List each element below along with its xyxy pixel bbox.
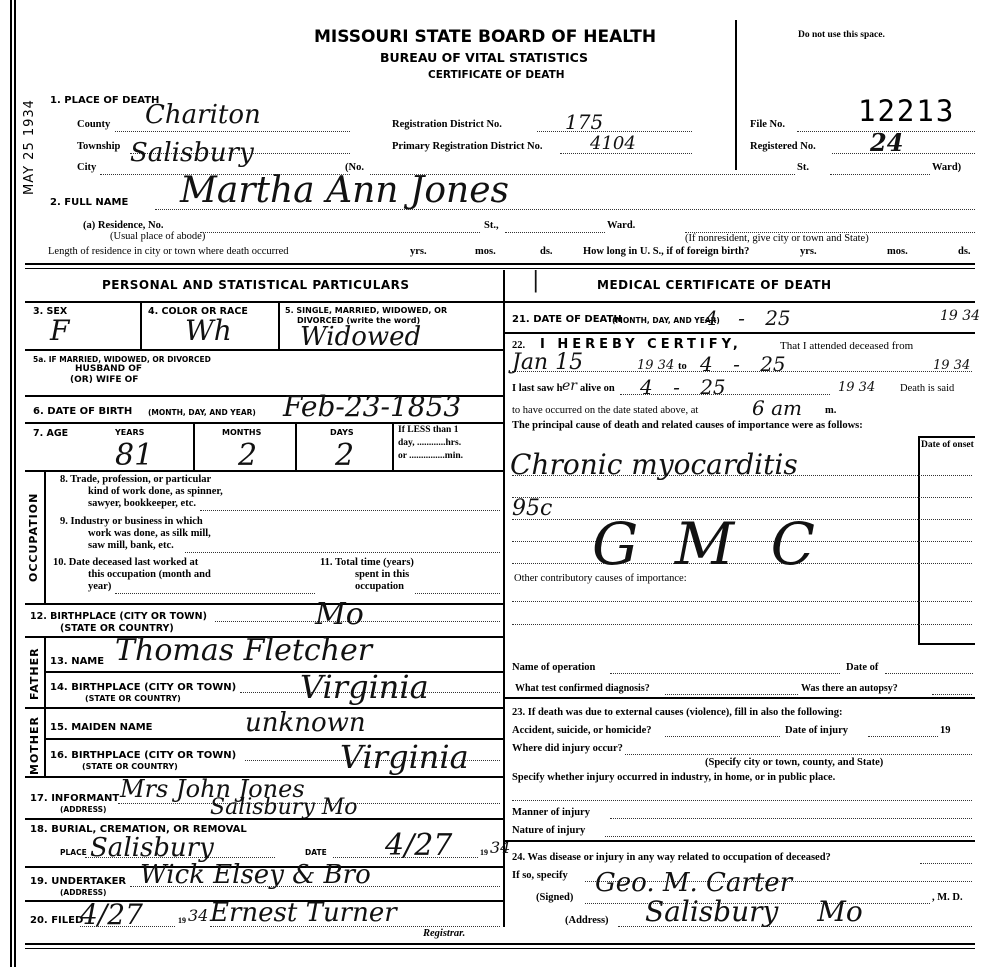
father-side-label: FATHER [28,647,41,700]
onset-box-border [918,436,920,644]
usual-place-note: (Usual place of abode) [110,231,205,242]
occupation-related-field[interactable] [920,863,972,864]
years-label: yrs. [410,246,427,257]
burial-year-prefix: 19 [480,848,488,857]
alive-on-value[interactable]: 4 - 25 [640,375,726,399]
section-divider [25,263,975,265]
operation-date-field[interactable] [885,673,973,674]
check-mark: | [532,268,539,293]
medical-heading: MEDICAL CERTIFICATE OF DEATH [597,278,832,292]
father-name-value[interactable]: Thomas Fletcher [115,633,372,668]
father-birthplace-sub: (STATE OR COUNTRY) [85,694,181,703]
full-name-value[interactable]: Martha Ann Jones [180,170,509,211]
county-value[interactable]: Chariton [145,100,261,130]
alive-on-label: alive on [580,383,615,394]
death-time-value[interactable]: 6 am [752,396,802,420]
age-years-value[interactable]: 81 [115,438,153,473]
physician-signature[interactable]: Geo. M. Carter [595,868,792,898]
operation-field[interactable] [610,673,840,674]
residence-label: (a) Residence, No. [83,220,163,231]
registration-district-label: Registration District No. [392,119,502,130]
burial-place-label: PLACE [60,848,87,857]
personal-heading: PERSONAL AND STATISTICAL PARTICULARS [102,278,410,292]
trade-question: 8. Trade, profession, or particular [60,474,211,485]
injury-date-label: Date of injury [785,725,848,736]
filed-date-value[interactable]: 4/27 [80,898,143,931]
marital-status-label: 5. SINGLE, MARRIED, WIDOWED, OR [285,306,447,315]
trade-question-line3: sawyer, bookkeeper, etc. [88,498,196,509]
cause-initials: G M C [592,510,815,578]
nature-of-injury-label: Nature of injury [512,825,585,836]
manner-of-injury-field[interactable] [610,818,972,819]
birthplace-label: 12. BIRTHPLACE (CITY OR TOWN) [30,611,207,622]
age-months-label: MONTHS [222,428,261,437]
last-worked-field[interactable] [115,593,315,594]
certify-text: That I attended deceased from [780,340,913,352]
death-time-label: to have occurred on the date stated abov… [512,405,698,416]
wife-of-label: (OR) WIFE OF [70,375,138,385]
injury-place-type-label: Specify whether injury occurred in indus… [512,772,835,783]
page-title: MISSOURI STATE BOARD OF HEALTH [314,27,656,47]
received-stamp: MAY 25 1934 [22,99,37,195]
full-name-label: 2. FULL NAME [50,197,128,208]
mother-maiden-value[interactable]: unknown [245,708,366,738]
industry-question-line2: work was done, as silk mill, [88,528,211,539]
registrar-label: Registrar. [423,928,465,939]
file-number-label: File No. [750,119,785,130]
street-label: St. [797,162,809,173]
father-name-label: 13. NAME [50,656,104,667]
place-of-death-label: 1. PLACE OF DEATH [50,95,159,106]
mother-maiden-label: 15. MAIDEN NAME [50,722,152,733]
undertaker-address-label: (ADDRESS) [60,888,106,897]
filed-year-value[interactable]: 34 [188,906,208,925]
total-time-field[interactable] [415,593,500,594]
date-of-death-label: 21. DATE OF DEATH [512,314,622,325]
bureau-subtitle: BUREAU OF VITAL STATISTICS [380,50,588,65]
age-months-value[interactable]: 2 [238,438,257,473]
registered-number-value[interactable]: 24 [870,128,903,157]
operation-date-label: Date of [846,662,878,673]
informant-address-value[interactable]: Salisbury Mo [210,795,358,820]
father-birthplace-label: 14. BIRTHPLACE (CITY OR TOWN) [50,682,236,693]
operation-label: Name of operation [512,662,595,673]
informant-label: 17. INFORMANT [30,793,119,804]
undertaker-label: 19. UNDERTAKER [30,876,126,887]
death-is-said-label: Death is said [900,383,954,394]
residence-street-label: St., [484,220,499,231]
nature-of-injury-field[interactable] [605,836,972,837]
industry-field[interactable] [185,552,500,553]
attended-from-year[interactable]: 19 34 [637,358,674,373]
cause-note: 95c [512,496,552,521]
age-days-value[interactable]: 2 [335,438,354,473]
nonresident-note: (If nonresident, give city or town and S… [685,233,869,244]
if-so-specify-label: If so, specify [512,870,568,881]
test-confirmed-label: What test confirmed diagnosis? [515,683,650,694]
attended-from-value[interactable]: Jan 15 [512,350,583,375]
bottom-rule [25,943,975,945]
date-of-death-year[interactable]: 19 34 [940,308,980,324]
external-causes-label: 23. If death was due to external causes … [512,707,842,718]
informant-address-label: (ADDRESS) [60,805,106,814]
death-time-suffix: m. [825,405,836,416]
husband-of-label: HUSBAND OF [75,364,142,374]
md-label: , M. D. [932,892,963,903]
township-label: Township [77,141,120,152]
days-label: ds. [540,246,553,257]
other-causes-label: Other contributory causes of importance: [514,573,687,584]
occupation-side-label: OCCUPATION [27,493,40,582]
days-label-us: ds. [958,246,971,257]
to-label: to [678,361,687,372]
physician-address-value[interactable]: Salisbury Mo [645,895,863,928]
column-divider [503,270,505,927]
dob-sub-label: (MONTH, DAY, AND YEAR) [148,408,256,417]
mother-side-label: MOTHER [28,716,41,775]
registration-district-value[interactable]: 175 [565,110,603,134]
header-divider [735,20,737,170]
ward-label: Ward) [932,162,961,173]
injury-date-field[interactable] [868,736,938,737]
signed-label: (Signed) [536,892,573,903]
trade-field[interactable] [200,510,500,511]
cause-label: The principal cause of death and related… [512,420,863,431]
months-label: mos. [475,246,496,257]
filed-label: 20. FILED [30,915,83,926]
total-time-line2: spent in this [355,569,409,580]
filed-year-prefix: 19 [178,916,186,925]
dob-value[interactable]: Feb-23-1853 [283,390,461,423]
dob-label: 6. DATE OF BIRTH [33,406,132,417]
industry-question: 9. Industry or business in which [60,516,203,527]
residence-ward-label: Ward. [607,220,635,231]
township-city-value[interactable]: Salisbury [130,138,254,168]
injury-location-field[interactable] [625,754,972,755]
trade-question-line2: kind of work done, as spinner, [88,486,223,497]
burial-date-label: DATE [305,848,327,857]
accident-label: Accident, suicide, or homicide? [512,725,652,736]
injury-place-type-field[interactable] [512,800,972,801]
form-name: CERTIFICATE OF DEATH [428,69,565,81]
minutes-label: or ...............min. [398,451,463,461]
attended-to-year[interactable]: 19 34 [933,358,970,373]
autopsy-field[interactable] [932,694,972,695]
last-worked-question: 10. Date deceased last worked at [53,557,198,568]
date-of-death-sub: (MONTH, DAY, AND YEAR) [612,316,720,325]
occupation-related-label: 24. Was disease or injury in any way rel… [512,852,831,863]
undertaker-value[interactable]: Wick Elsey & Bro [140,860,371,890]
burial-place-value[interactable]: Salisbury [90,833,214,863]
mother-birthplace-value[interactable]: Virginia [340,738,469,776]
file-number-value: 12213 [858,94,955,128]
last-worked-line2: this occupation (month and [88,569,211,580]
injury-location-note: (Specify city or town, county, and State… [705,757,883,768]
alive-on-year[interactable]: 19 34 [838,380,875,395]
sex-value[interactable]: F [50,314,69,347]
left-margin-rule [10,0,12,967]
marital-status-value[interactable]: Widowed [300,322,421,352]
county-label: County [77,119,110,130]
months-label-us: mos. [887,246,908,257]
registered-number-label: Registered No. [750,141,816,152]
injury-location-label: Where did injury occur? [512,743,623,754]
onset-label: Date of onset [921,440,974,450]
color-race-value[interactable]: Wh [185,314,232,347]
cause-of-death-value[interactable]: Chronic myocarditis [510,448,798,481]
last-worked-line3: year) [88,581,111,592]
father-birthplace-value[interactable]: Virginia [300,668,429,706]
less-than-day-label: If LESS than 1 [398,425,458,435]
primary-registration-value[interactable]: 4104 [590,133,636,154]
industry-question-line3: saw mill, bank, etc. [88,540,174,551]
primary-registration-label: Primary Registration District No. [392,141,542,152]
accident-field[interactable] [665,736,780,737]
autopsy-label: Was there an autopsy? [801,683,898,694]
hours-label: day, ............hrs. [398,438,461,448]
years-label-us: yrs. [800,246,817,257]
mother-birthplace-sub: (STATE OR COUNTRY) [82,762,178,771]
spouse-label: 5a. IF MARRIED, WIDOWED, OR DIVORCED [33,355,211,364]
age-years-label: YEARS [115,428,144,437]
burial-date-value[interactable]: 4/27 [385,828,452,863]
city-label: City [77,162,96,173]
birthplace-value[interactable]: Mo [315,597,364,632]
length-residence-label: Length of residence in city or town wher… [48,246,289,257]
mother-birthplace-label: 16. BIRTHPLACE (CITY OR TOWN) [50,750,236,761]
how-long-in-us-label: How long in U. S., if of foreign birth? [583,246,749,257]
office-use-note: Do not use this space. [798,30,885,40]
date-of-death-value[interactable]: 4 - 25 [705,306,791,330]
registrar-signature[interactable]: Ernest Turner [210,898,397,928]
left-margin-rule-inner [14,0,16,967]
injury-year-label: 19 [940,725,951,736]
total-time-question: 11. Total time (years) [320,557,414,568]
total-time-line3: occupation [355,581,404,592]
last-saw-pronoun[interactable]: er [562,378,577,394]
attended-to-value[interactable]: 4 - 25 [700,352,786,376]
age-label: 7. AGE [33,428,68,439]
physician-address-label: (Address) [565,915,609,926]
test-confirmed-field[interactable] [665,694,798,695]
age-days-label: DAYS [330,428,354,437]
manner-of-injury-label: Manner of injury [512,807,590,818]
last-saw-label: I last saw h [512,383,562,394]
